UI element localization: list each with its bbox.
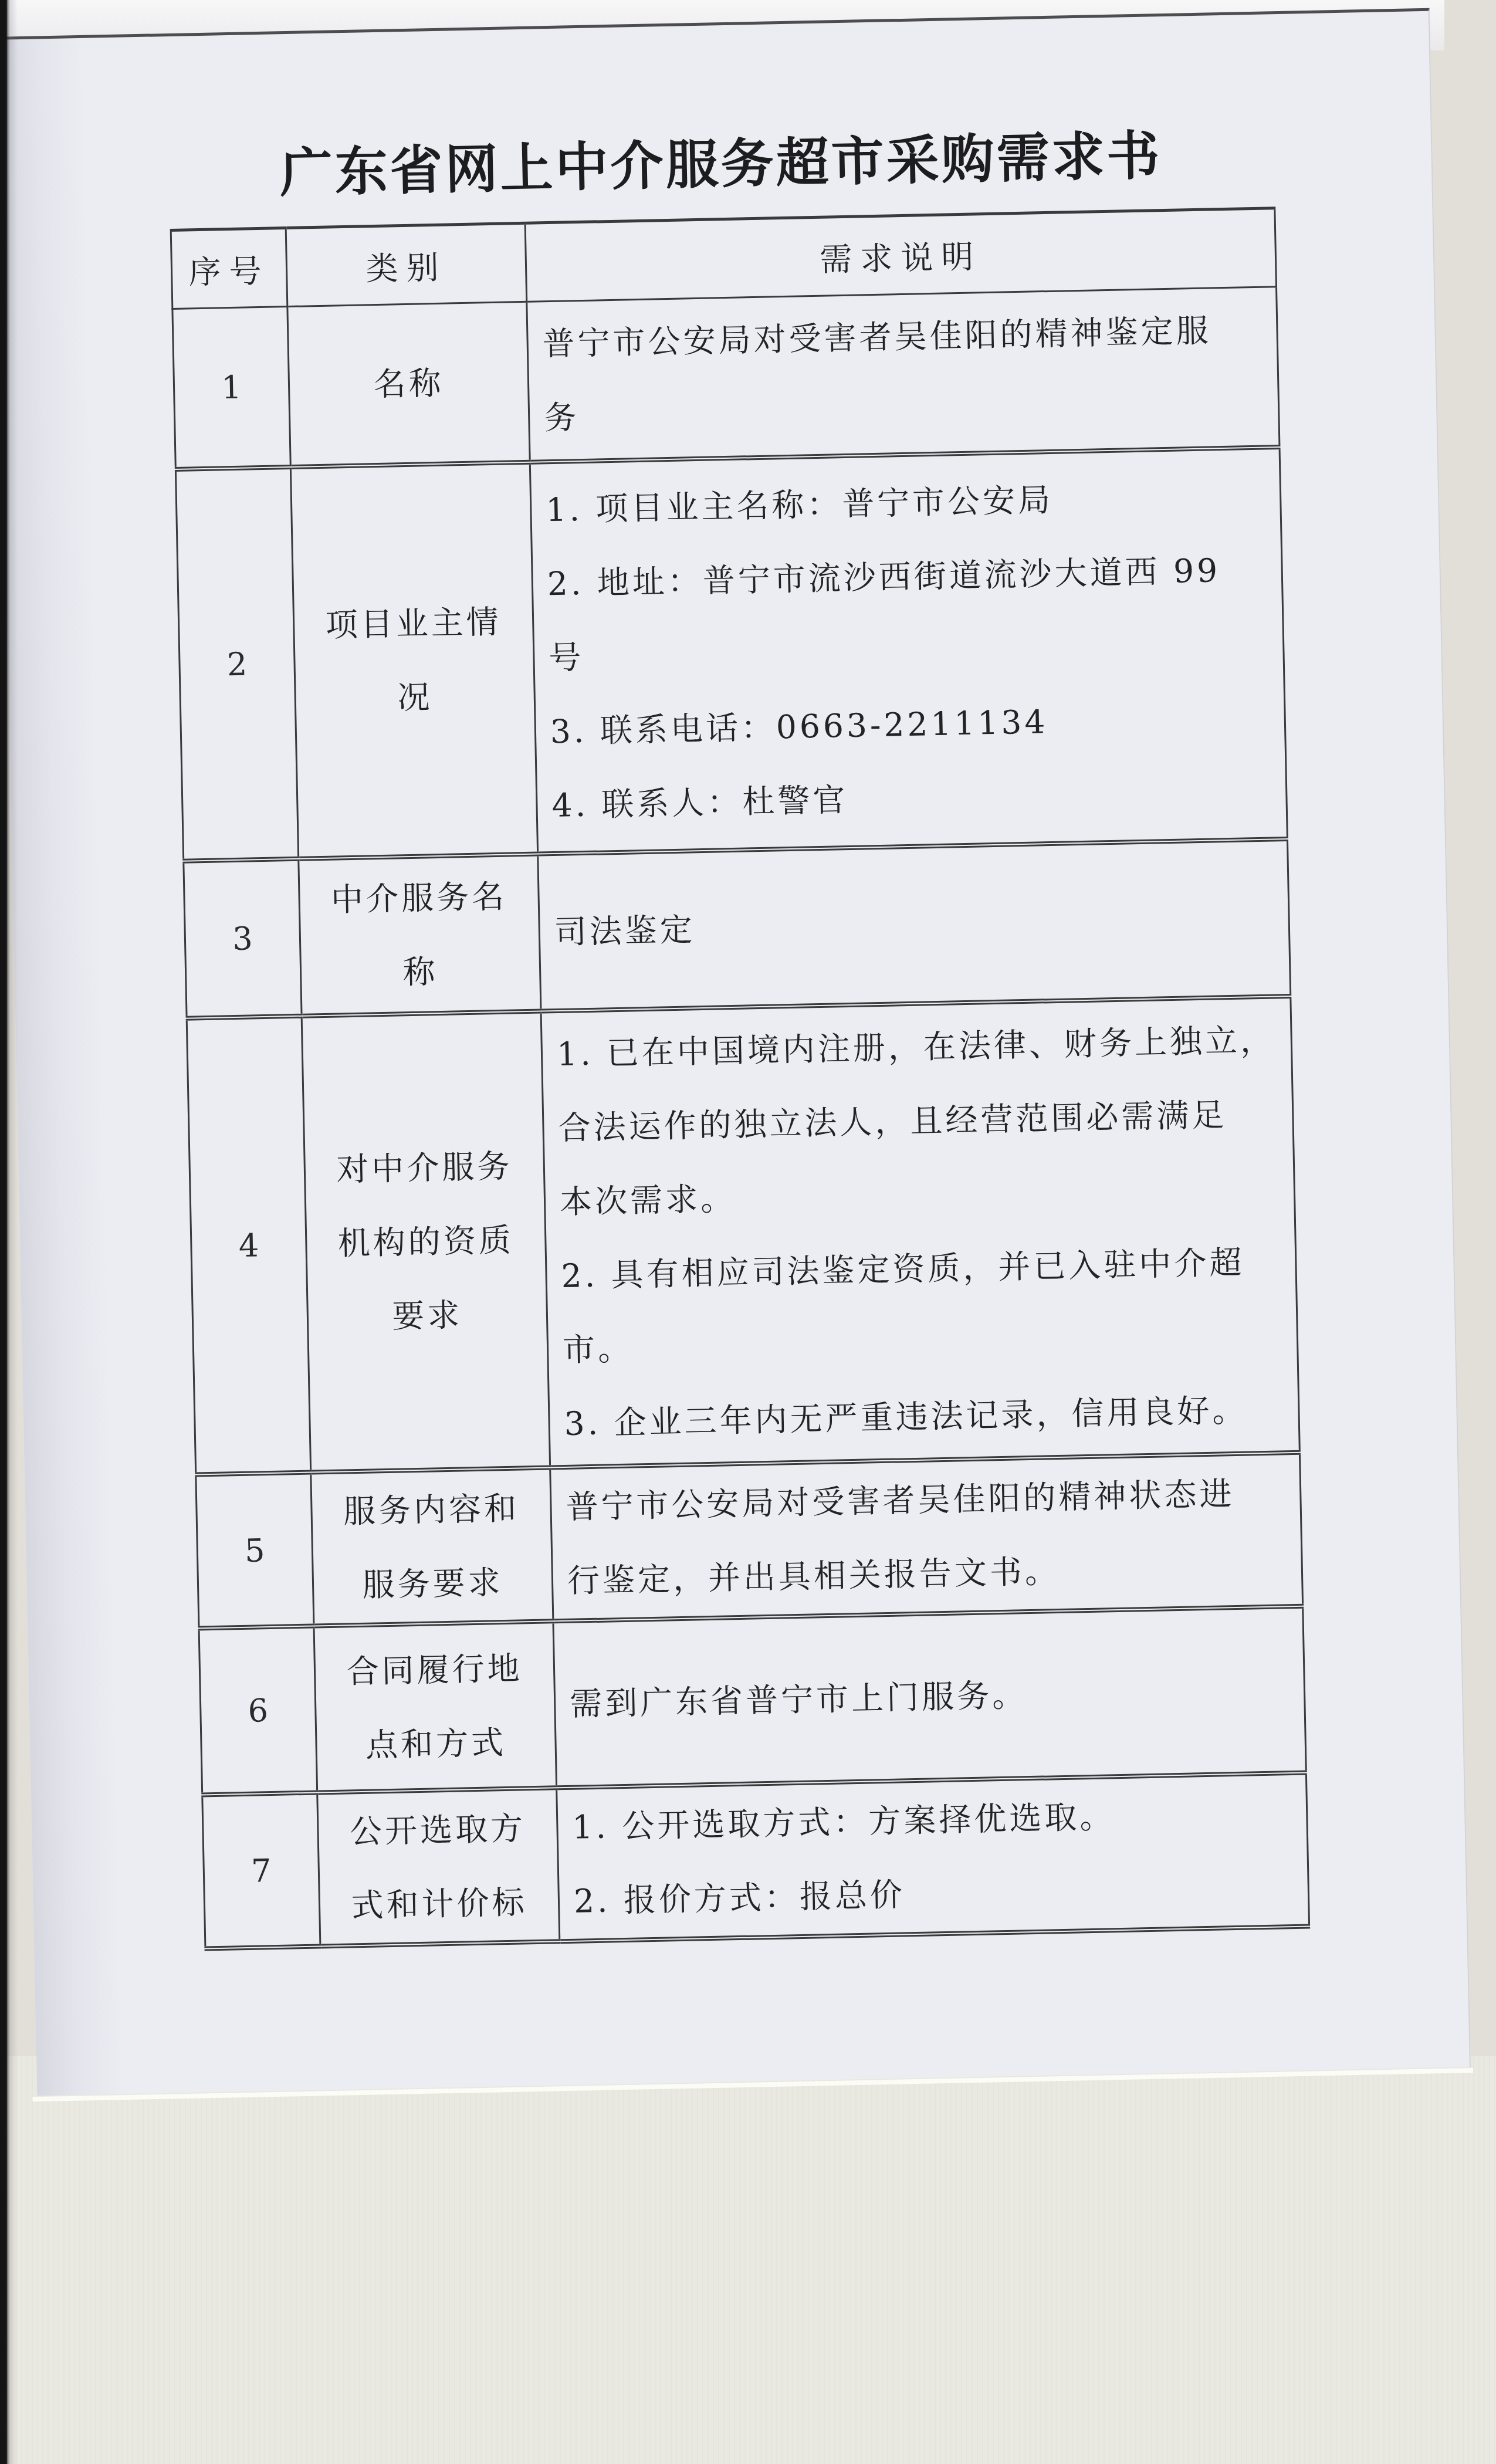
table-row: 2项目业主情况1. 项目业主名称：普宁市公安局2. 地址：普宁市流沙西街道流沙大…	[175, 447, 1287, 861]
description-line: 3. 企业三年内无严重违法记录，信用良好。	[563, 1372, 1292, 1461]
description-line: 司法鉴定	[554, 881, 1283, 969]
header-description: 需求说明	[525, 208, 1276, 302]
description-cell: 普宁市公安局对受害者吴佳阳的精神状态进行鉴定，并出具相关报告文书。	[550, 1453, 1303, 1622]
category-cell: 公开选取方式和计价标	[317, 1788, 560, 1946]
category-line: 况	[296, 658, 534, 737]
description-cell: 司法鉴定	[538, 839, 1291, 1011]
description-line: 1. 已在中国境内注册，在法律、财务上独立，	[556, 1003, 1285, 1091]
description-line: 2. 地址：普宁市流沙西街道流沙大道西 99	[547, 532, 1276, 621]
row-number-cell: 1	[172, 307, 290, 469]
category-cell: 中介服务名称	[299, 854, 541, 1016]
description-line: 2. 具有相应司法鉴定资质，并已入驻中介超	[560, 1224, 1289, 1313]
header-no: 序号	[171, 228, 287, 309]
description-line: 市。	[562, 1298, 1291, 1387]
description-line: 2. 报价方式：报总价	[573, 1850, 1302, 1938]
description-line: 4. 联系人：杜警官	[551, 754, 1280, 842]
category-line: 点和方式	[317, 1704, 554, 1783]
category-cell: 合同履行地点和方式	[314, 1621, 557, 1792]
category-line: 名称	[290, 344, 527, 423]
description-line: 号	[548, 606, 1277, 695]
requirements-table: 序号 类别 需求说明 1名称普宁市公安局对受害者吴佳阳的精神鉴定服务2项目业主情…	[170, 207, 1311, 1951]
description-cell: 1. 项目业主名称：普宁市公安局2. 地址：普宁市流沙西街道流沙大道西 99号3…	[530, 447, 1287, 854]
category-line: 对中介服务	[306, 1129, 543, 1207]
description-line: 合法运作的独立法人，且经营范围必需满足	[557, 1077, 1287, 1165]
row-number-cell: 6	[199, 1626, 317, 1795]
row-number-cell: 2	[175, 467, 298, 861]
description-line: 需到广东省普宁市上门服务。	[569, 1653, 1298, 1741]
description-cell: 1. 公开选取方式：方案择优选取。2. 报价方式：报总价	[557, 1773, 1309, 1942]
table-row: 5服务内容和服务要求普宁市公安局对受害者吴佳阳的精神状态进行鉴定，并出具相关报告…	[196, 1453, 1303, 1629]
category-line: 中介服务名	[300, 859, 537, 937]
description-line: 3. 联系电话：0663-2211134	[550, 680, 1279, 769]
category-line: 服务内容和	[312, 1470, 550, 1549]
category-cell: 名称	[287, 302, 530, 467]
table-row: 4对中介服务机构的资质要求1. 已在中国境内注册，在法律、财务上独立，合法运作的…	[187, 996, 1299, 1475]
description-line: 行鉴定，并出具相关报告文书。	[567, 1529, 1296, 1618]
description-line: 本次需求。	[559, 1150, 1288, 1239]
page: 广东省网上中介服务超市采购需求书 序号 类别 需求说明 1名称普宁市公安局对受害…	[0, 8, 1471, 2096]
table-row: 3中介服务名称司法鉴定	[184, 839, 1291, 1018]
category-cell: 项目业主情况	[290, 462, 537, 859]
table-row: 7公开选取方式和计价标1. 公开选取方式：方案择优选取。2. 报价方式：报总价	[202, 1773, 1309, 1949]
row-number-cell: 5	[196, 1473, 314, 1629]
table-row: 6合同履行地点和方式需到广东省普宁市上门服务。	[199, 1606, 1306, 1795]
description-cell: 需到广东省普宁市上门服务。	[553, 1606, 1306, 1788]
category-cell: 对中介服务机构的资质要求	[302, 1011, 550, 1473]
scanner-bed-bottom	[0, 2056, 1496, 2464]
row-number-cell: 7	[202, 1792, 320, 1948]
row-number-cell: 3	[184, 859, 302, 1018]
description-line: 务	[543, 366, 1272, 455]
category-line: 机构的资质	[307, 1203, 544, 1281]
row-number-cell: 4	[187, 1016, 311, 1475]
category-line: 合同履行地	[316, 1630, 553, 1709]
description-line: 1. 公开选取方式：方案择优选取。	[571, 1776, 1301, 1864]
description-line: 普宁市公安局对受害者吴佳阳的精神状态进	[565, 1456, 1294, 1544]
description-cell: 普宁市公安局对受害者吴佳阳的精神鉴定服务	[527, 287, 1280, 462]
description-line: 1. 项目业主名称：普宁市公安局	[545, 458, 1274, 547]
category-line: 要求	[309, 1277, 546, 1355]
category-line: 服务要求	[314, 1544, 551, 1623]
category-line: 称	[302, 933, 539, 1011]
category-line: 式和计价标	[320, 1864, 558, 1943]
header-category: 类别	[286, 223, 527, 306]
description-line: 普宁市公安局对受害者吴佳阳的精神鉴定服	[541, 292, 1271, 381]
scanned-document: 广东省网上中介服务超市采购需求书 序号 类别 需求说明 1名称普宁市公安局对受害…	[0, 0, 1496, 2464]
description-cell: 1. 已在中国境内注册，在法律、财务上独立，合法运作的独立法人，且经营范围必需满…	[541, 996, 1299, 1467]
document-title: 广东省网上中介服务超市采购需求书	[168, 121, 1274, 208]
category-line: 项目业主情	[295, 584, 532, 663]
category-line: 公开选取方	[319, 1791, 556, 1869]
category-cell: 服务内容和服务要求	[311, 1467, 553, 1626]
scanner-left-edge	[0, 0, 18, 2464]
table-row: 1名称普宁市公安局对受害者吴佳阳的精神鉴定服务	[172, 287, 1280, 469]
